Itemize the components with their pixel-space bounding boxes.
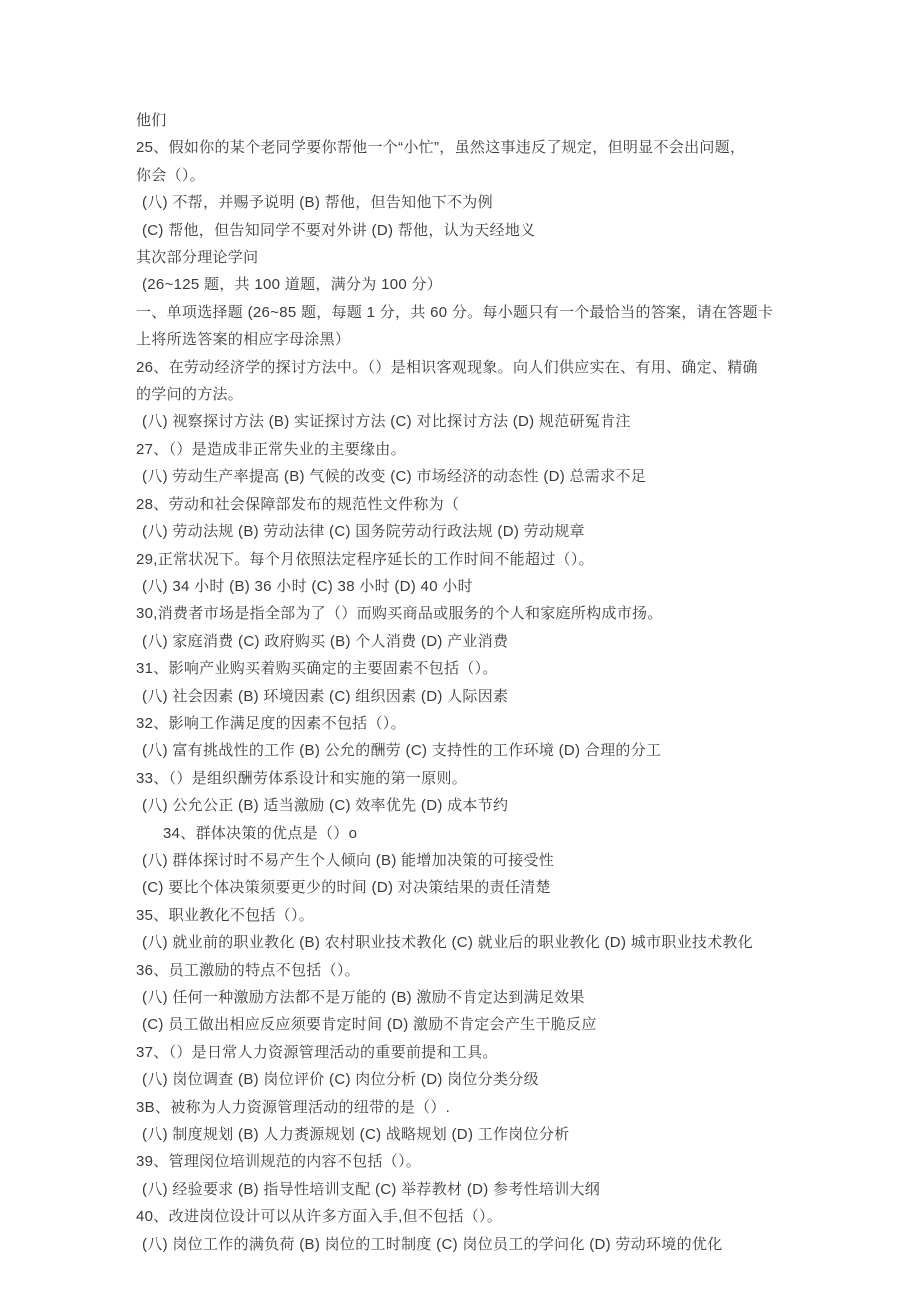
answer-options-line: (C) 帮他，但告知同学不要对外讲 (D) 帮他，认为天经地义 — [0, 217, 920, 244]
question-text-line: 其次部分理论学问 — [0, 244, 920, 271]
answer-options-line: (八) 劳动生产率提高 (B) 气候的改变 (C) 市场经济的动态性 (D) 总… — [0, 463, 920, 490]
answer-options-line: (八) 经验要求 (B) 指导性培训支配 (C) 举荐教材 (D) 参考性培训大… — [0, 1176, 920, 1203]
answer-options-line: (八) 群体探讨时不易产生个人倾向 (B) 能增加决策的可接受性 — [0, 847, 920, 874]
question-text-line: 的学问的方法。 — [0, 381, 920, 408]
question-text-line: 35、职业教化不包括（）。 — [0, 902, 920, 929]
question-text-line: 27、（）是造成非正常失业的主要缘由。 — [0, 436, 920, 463]
answer-options-line: (八) 家庭消费 (C) 政府购买 (B) 个人消费 (D) 产业消费 — [0, 628, 920, 655]
answer-options-line: (八) 劳动法规 (B) 劳动法律 (C) 国务院劳动行政法规 (D) 劳动规章 — [0, 518, 920, 545]
question-text-line: 上将所选答案的相应字母涂黑） — [0, 326, 920, 353]
question-text-line: 32、影响工作满足度的因素不包括（）。 — [0, 710, 920, 737]
answer-options-line: (八) 视察探讨方法 (B) 实证探讨方法 (C) 对比探讨方法 (D) 规范研… — [0, 408, 920, 435]
answer-options-line: (C) 要比个体决策须要更少的时间 (D) 对决策结果的责任清楚 — [0, 874, 920, 901]
answer-options-line: (八) 就业前的职业教化 (B) 农村职业技术教化 (C) 就业后的职业教化 (… — [0, 929, 920, 956]
question-text-line: 26、在劳动经济学的探讨方法中。（）是相识客观现象。向人们供应实在、有用、确定、… — [0, 354, 920, 381]
question-text-line: 3B、被称为人力资源管理活动的纽带的是（）. — [0, 1094, 920, 1121]
answer-options-line: (C) 员工做出相应反应须要肯定时间 (D) 激励不肯定会产生干脆反应 — [0, 1011, 920, 1038]
question-text-line: 你会（）。 — [0, 162, 920, 189]
question-text-line: 37、（）是日常人力资源管理活动的重要前提和工具。 — [0, 1039, 920, 1066]
answer-options-line: (八) 任何一种激励方法都不是万能的 (B) 激励不肯定达到满足效果 — [0, 984, 920, 1011]
answer-options-line: (八) 岗位调查 (B) 岗位评价 (C) 肉位分析 (D) 岗位分类分级 — [0, 1066, 920, 1093]
answer-options-line: (26~125 题，共 100 道题，满分为 100 分） — [0, 271, 920, 298]
question-text-line: 39、管理闵位培训规范的内容不包括（）。 — [0, 1148, 920, 1175]
exam-document: 他们25、假如你的某个老同学要你帮他一个“小忙”，虽然这事违反了规定，但明显不会… — [0, 107, 920, 1258]
question-text-line: 34、群体决策的优点是（）o — [0, 820, 920, 847]
answer-options-line: (八) 不帮，并赐予说明 (B) 帮他，但告知他下不为例 — [0, 189, 920, 216]
question-text-line: 28、劳动和社会保障部发布的规范性文件称为（ — [0, 491, 920, 518]
answer-options-line: (八) 岗位工作的满负荷 (B) 岗位的工时制度 (C) 岗位员工的学问化 (D… — [0, 1231, 920, 1258]
answer-options-line: (八) 34 小时 (B) 36 小时 (C) 38 小时 (D) 40 小时 — [0, 573, 920, 600]
question-text-line: 29,正常状况下。每个月依照法定程序延长的工作时间不能超过（）。 — [0, 546, 920, 573]
question-text-line: 30,消费者市场是指全部为了（）而购买商品或服务的个人和家庭所构成市扬。 — [0, 600, 920, 627]
answer-options-line: (八) 社会因素 (B) 环境因素 (C) 组织因素 (D) 人际因素 — [0, 683, 920, 710]
answer-options-line: (八) 制度规划 (B) 人力赉源规划 (C) 战略规划 (D) 工作岗位分析 — [0, 1121, 920, 1148]
question-text-line: 25、假如你的某个老同学要你帮他一个“小忙”，虽然这事违反了规定，但明显不会出问… — [0, 134, 920, 161]
question-text-line: 40、改进岗位设计可以从许多方面入手,但不包括（）。 — [0, 1203, 920, 1230]
question-text-line: 33、（）是组织酬劳体系设计和实施的第一原则。 — [0, 765, 920, 792]
question-text-line: 他们 — [0, 107, 920, 134]
question-text-line: 36、员工激励的特点不包括（）。 — [0, 957, 920, 984]
answer-options-line: (八) 公允公正 (B) 适当激励 (C) 效率优先 (D) 成本节约 — [0, 792, 920, 819]
question-text-line: 一、单项选择题 (26~85 题，每题 1 分，共 60 分。每小题只有一个最恰… — [0, 299, 920, 326]
answer-options-line: (八) 富有挑战性的工作 (B) 公允的酬劳 (C) 支持性的工作环境 (D) … — [0, 737, 920, 764]
question-text-line: 31、影响产业购买着购买确定的主要固素不包括（）。 — [0, 655, 920, 682]
